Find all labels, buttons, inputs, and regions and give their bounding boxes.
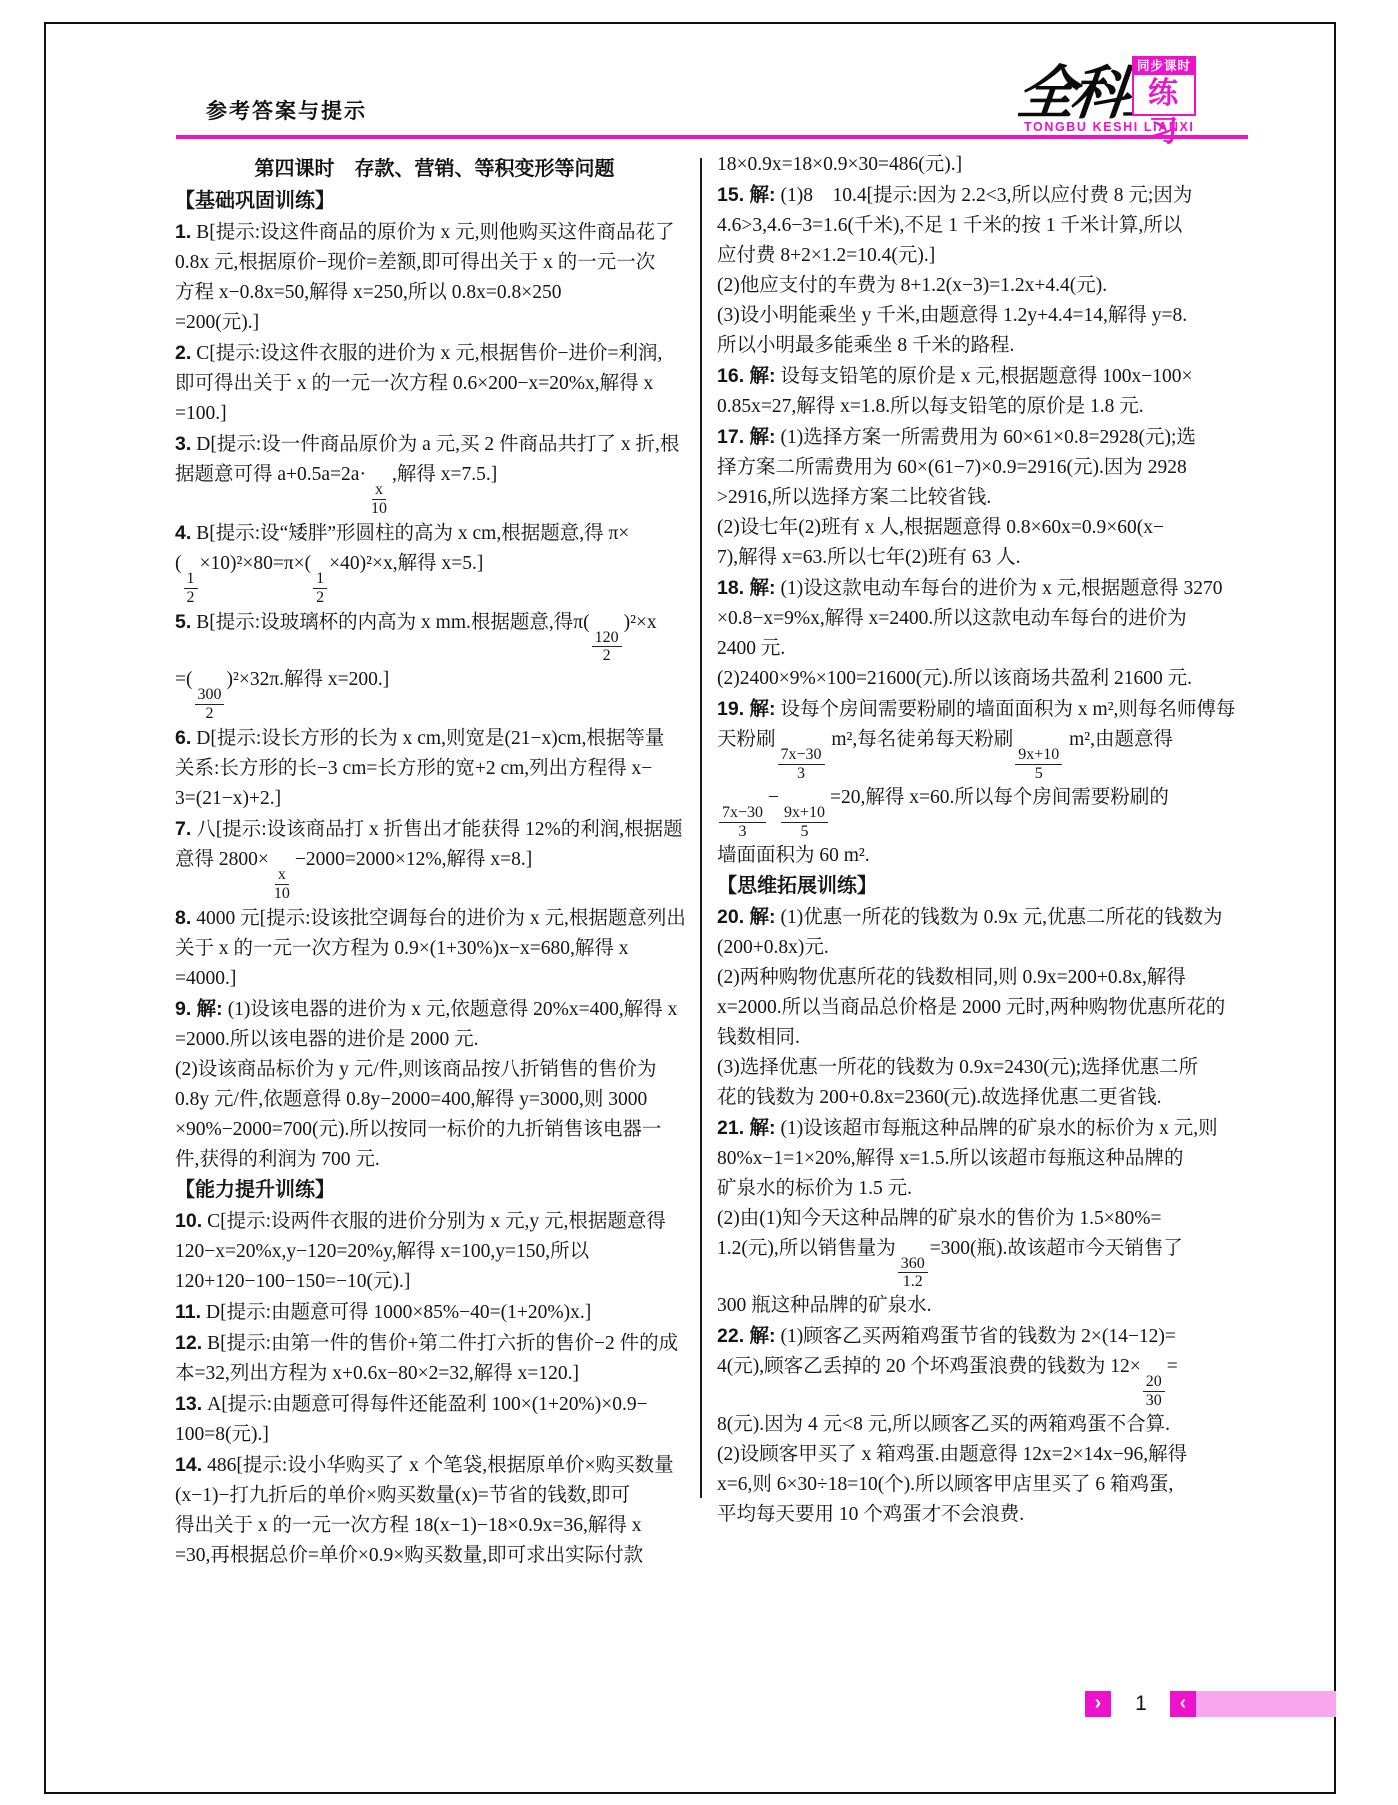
- text-line: 3=(21−x)+2.]: [175, 784, 695, 814]
- fraction: x10: [271, 866, 293, 903]
- text-line: 本=32,列出方程为 x+0.6x−80×2=32,解得 x=120.]: [175, 1359, 695, 1389]
- text-line: ×0.8−x=9%x,解得 x=2400.所以这款电动车每台的进价为: [717, 604, 1249, 634]
- text-line: 100=8(元).]: [175, 1420, 695, 1450]
- logo-tagline: TONGBU KESHI LIANXI: [1024, 120, 1194, 134]
- brand-logo: 全科王 同步课时 练习 TONGBU KESHI LIANXI: [1018, 52, 1254, 140]
- text-line: (2)设七年(2)班有 x 人,根据题意得 0.8×60x=0.9×60(x−: [717, 513, 1249, 543]
- fraction: 3002: [195, 686, 225, 723]
- text-line: 天粉刷7x−303 m²,每名徒弟每天粉刷9x+105 m²,由题意得: [717, 725, 1249, 783]
- text-line: 钱数相同.: [717, 1023, 1249, 1053]
- item-number: 14.: [175, 1454, 207, 1476]
- fraction: 12: [184, 570, 198, 607]
- text-line: (12×10)²×80=π×(12×40)²×x,解得 x=5.]: [175, 549, 695, 607]
- item-number: 1.: [175, 221, 196, 243]
- fraction: 1202: [592, 629, 622, 666]
- fraction: 9x+105: [1015, 746, 1062, 783]
- text-line: 120−x=20%x,y−120=20%y,解得 x=100,y=150,所以: [175, 1237, 695, 1267]
- logo-badge: 同步课时 练习: [1132, 56, 1196, 116]
- text-line: 80%x−1=1×20%,解得 x=1.5.所以该超市每瓶这种品牌的: [717, 1144, 1249, 1174]
- fraction: 7x−303: [719, 804, 766, 841]
- text-line: 12.B[提示:由第一件的售价+第二件打六折的售价−2 件的成: [175, 1328, 695, 1359]
- text-line: (2)设该商品标价为 y 元/件,则该商品按八折销售的售价为: [175, 1055, 695, 1085]
- text-line: 16. 解:设每支铅笔的原价是 x 元,根据题意得 100x−100×: [717, 361, 1249, 392]
- text-line: 7),解得 x=63.所以七年(2)班有 63 人.: [717, 543, 1249, 573]
- text-line: 4.6>3,4.6−3=1.6(千米),不足 1 千米的按 1 千米计算,所以: [717, 211, 1249, 241]
- text-line: x=2000.所以当商品总价格是 2000 元时,两种购物优惠所花的: [717, 993, 1249, 1023]
- text-line: 9. 解:(1)设该电器的进价为 x 元,依题意得 20%x=400,解得 x: [175, 994, 695, 1025]
- chevron-right-icon: ›: [1095, 1692, 1102, 1714]
- text-line: =4000.]: [175, 964, 695, 994]
- text-line: 19. 解:设每个房间需要粉刷的墙面面积为 x m²,则每名师傅每: [717, 694, 1249, 725]
- text-line: 13.A[提示:由题意可得每件还能盈利 100×(1+20%)×0.9−: [175, 1389, 695, 1420]
- text-line: (2)设顾客甲买了 x 箱鸡蛋.由题意得 12x=2×14x−96,解得: [717, 1440, 1249, 1470]
- text-line: 8.4000 元[提示:设该批空调每台的进价为 x 元,根据题意列出: [175, 903, 695, 934]
- text-line: 1.2(元),所以销售量为3601.2=300(瓶).故该超市今天销售了: [717, 1234, 1249, 1292]
- logo-badge-top-label: 同步课时: [1134, 58, 1194, 75]
- page-number: 1: [1118, 1691, 1164, 1717]
- item-number: 15. 解:: [717, 184, 781, 206]
- text-line: 择方案二所需费用为 60×(61−7)×0.9=2916(元).因为 2928: [717, 453, 1249, 483]
- text-line: 10.C[提示:设两件衣服的进价分别为 x 元,y 元,根据题意得: [175, 1206, 695, 1237]
- chevron-left-icon: ‹: [1180, 1692, 1187, 1714]
- text-line: =2000.所以该电器的进价是 2000 元.: [175, 1025, 695, 1055]
- item-number: 5.: [175, 611, 196, 633]
- item-number: 22. 解:: [717, 1325, 781, 1347]
- text-line: =(3002)²×32π.解得 x=200.]: [175, 665, 695, 723]
- text-line: (2)2400×9%×100=21600(元).所以该商场共盈利 21600 元…: [717, 664, 1249, 694]
- item-number: 16. 解:: [717, 365, 781, 387]
- text-line: 关于 x 的一元一次方程为 0.9×(1+30%)x−x=680,解得 x: [175, 934, 695, 964]
- text-line: 18×0.9x=18×0.9×30=486(元).]: [717, 150, 1249, 180]
- fraction: 3601.2: [898, 1255, 928, 1292]
- item-number: 20. 解:: [717, 906, 781, 928]
- item-number: 11.: [175, 1301, 206, 1323]
- item-number: 8.: [175, 907, 196, 929]
- text-line: (2)由(1)知今天这种品牌的矿泉水的售价为 1.5×80%=: [717, 1204, 1249, 1234]
- text-line: 【思维拓展训练】: [717, 871, 1249, 902]
- fraction: 9x+105: [781, 804, 828, 841]
- text-line: 【能力提升训练】: [175, 1175, 695, 1206]
- item-number: 19. 解:: [717, 698, 781, 720]
- item-number: 7.: [175, 818, 196, 840]
- text-line: 1.B[提示:设这件商品的原价为 x 元,则他购买这件商品花了: [175, 217, 695, 248]
- text-line: 4.B[提示:设“矮胖”形圆柱的高为 x cm,根据题意,得 π×: [175, 518, 695, 549]
- page-title: 参考答案与提示: [206, 95, 367, 125]
- item-number: 6.: [175, 727, 196, 749]
- text-line: 意得 2800×x10−2000=2000×12%,解得 x=8.]: [175, 845, 695, 903]
- text-line: 120+120−100−150=−10(元).]: [175, 1267, 695, 1297]
- text-line: 21. 解:(1)设该超市每瓶这种品牌的矿泉水的标价为 x 元,则: [717, 1113, 1249, 1144]
- text-line: 15. 解:(1)8 10.4[提示:因为 2.2<3,所以应付费 8 元;因为: [717, 180, 1249, 211]
- text-line: 应付费 8+2×1.2=10.4(元).]: [717, 241, 1249, 271]
- text-line: 17. 解:(1)选择方案一所需费用为 60×61×0.8=2928(元);选: [717, 422, 1249, 453]
- text-line: =30,再根据总价=单价×0.9×购买数量,即可求出实际付款: [175, 1541, 695, 1571]
- fraction: 12: [313, 570, 327, 607]
- header-magenta-rule: [176, 135, 1248, 139]
- text-line: (3)选择优惠一所花的钱数为 0.9x=2430(元);选择优惠二所: [717, 1053, 1249, 1083]
- text-line: 4(元),顾客乙丢掉的 20 个坏鸡蛋浪费的钱数为 12×2030=: [717, 1352, 1249, 1410]
- item-number: 3.: [175, 433, 196, 455]
- text-line: 7.八[提示:设该商品打 x 折售出才能获得 12%的利润,根据题: [175, 814, 695, 845]
- item-number: 21. 解:: [717, 1117, 781, 1139]
- text-line: (x−1)−打九折后的单价×购买数量(x)=节省的钱数,即可: [175, 1481, 695, 1511]
- text-line: 7x−303−9x+105=20,解得 x=60.所以每个房间需要粉刷的: [717, 783, 1249, 841]
- text-line: ×90%−2000=700(元).所以按同一标价的九折销售该电器一: [175, 1115, 695, 1145]
- text-line: 所以小明最多能乘坐 8 千米的路程.: [717, 331, 1249, 361]
- text-line: 方程 x−0.8x=50,解得 x=250,所以 0.8x=0.8×250: [175, 278, 695, 308]
- text-line: >2916,所以选择方案二比较省钱.: [717, 483, 1249, 513]
- logo-badge-bottom-label: 练习: [1134, 75, 1194, 151]
- text-line: 0.8y 元/件,依题意得 0.8y−2000=400,解得 y=3000,则 …: [175, 1085, 695, 1115]
- text-line: x=6,则 6×30÷18=10(个).所以顾客甲店里买了 6 箱鸡蛋,: [717, 1470, 1249, 1500]
- text-line: 20. 解:(1)优惠一所花的钱数为 0.9x 元,优惠二所花的钱数为: [717, 902, 1249, 933]
- text-line: 得出关于 x 的一元一次方程 18(x−1)−18×0.9x=36,解得 x: [175, 1511, 695, 1541]
- right-column: 18×0.9x=18×0.9×30=486(元).]15. 解:(1)8 10.…: [717, 150, 1249, 1530]
- text-line: 花的钱数为 200+0.8x=2360(元).故选择优惠二更省钱.: [717, 1083, 1249, 1113]
- text-line: (2)两种购物优惠所花的钱数相同,则 0.9x=200+0.8x,解得: [717, 963, 1249, 993]
- text-line: 3.D[提示:设一件商品原价为 a 元,买 2 件商品共打了 x 折,根: [175, 429, 695, 460]
- text-line: 0.85x=27,解得 x=1.8.所以每支铅笔的原价是 1.8 元.: [717, 392, 1249, 422]
- text-line: 14.486[提示:设小华购买了 x 个笔袋,根据原单价×购买数量: [175, 1450, 695, 1481]
- prev-page-bar[interactable]: [1196, 1691, 1336, 1717]
- text-line: 300 瓶这种品牌的矿泉水.: [717, 1291, 1249, 1321]
- text-line: 2.C[提示:设这件衣服的进价为 x 元,根据售价−进价=利润,: [175, 338, 695, 369]
- text-line: 【基础巩固训练】: [175, 186, 695, 217]
- text-line: 18. 解:(1)设这款电动车每台的进价为 x 元,根据题意得 3270: [717, 573, 1249, 604]
- text-line: 矿泉水的标价为 1.5 元.: [717, 1174, 1249, 1204]
- text-line: (3)设小明能乘坐 y 千米,由题意得 1.2y+4.4=14,解得 y=8.: [717, 301, 1249, 331]
- text-line: 件,获得的利润为 700 元.: [175, 1145, 695, 1175]
- fraction: x10: [368, 481, 390, 518]
- text-line: 11.D[提示:由题意可得 1000×85%−40=(1+20%)x.]: [175, 1297, 695, 1328]
- text-line: 墙面面积为 60 m².: [717, 841, 1249, 871]
- column-divider: [700, 158, 702, 1498]
- text-line: =200(元).]: [175, 308, 695, 338]
- text-line: 5.B[提示:设玻璃杯的内高为 x mm.根据题意,得π(1202)²×x: [175, 607, 695, 666]
- text-line: 关系:长方形的长−3 cm=长方形的宽+2 cm,列出方程得 x−: [175, 754, 695, 784]
- left-column: 【基础巩固训练】1.B[提示:设这件商品的原价为 x 元,则他购买这件商品花了0…: [175, 186, 695, 1571]
- item-number: 13.: [175, 1393, 207, 1415]
- next-page-button[interactable]: ›: [1085, 1691, 1111, 1717]
- item-number: 12.: [175, 1332, 207, 1354]
- text-line: =100.]: [175, 399, 695, 429]
- text-line: 即可得出关于 x 的一元一次方程 0.6×200−x=20%x,解得 x: [175, 369, 695, 399]
- item-number: 18. 解:: [717, 577, 781, 599]
- lesson-title: 第四课时 存款、营销、等积变形等问题: [175, 152, 694, 181]
- text-line: 8(元).因为 4 元<8 元,所以顾客乙买的两箱鸡蛋不合算.: [717, 1410, 1249, 1440]
- text-line: 0.8x 元,根据原价−现价=差额,即可得出关于 x 的一元一次: [175, 248, 695, 278]
- fraction: 7x−303: [778, 746, 825, 783]
- text-line: 6.D[提示:设长方形的长为 x cm,则宽是(21−x)cm,根据等量: [175, 723, 695, 754]
- item-number: 4.: [175, 522, 196, 544]
- text-line: (2)他应支付的车费为 8+1.2(x−3)=1.2x+4.4(元).: [717, 271, 1249, 301]
- fraction: 2030: [1143, 1373, 1165, 1410]
- item-number: 17. 解:: [717, 426, 781, 448]
- prev-page-button[interactable]: ‹: [1170, 1691, 1196, 1717]
- text-line: 平均每天要用 10 个鸡蛋才不会浪费.: [717, 1500, 1249, 1530]
- text-line: 22. 解:(1)顾客乙买两箱鸡蛋节省的钱数为 2×(14−12)=: [717, 1321, 1249, 1352]
- text-line: 据题意可得 a+0.5a=2a·x10,解得 x=7.5.]: [175, 460, 695, 518]
- item-number: 2.: [175, 342, 196, 364]
- item-number: 10.: [175, 1210, 207, 1232]
- item-number: 9. 解:: [175, 998, 228, 1020]
- text-line: 2400 元.: [717, 634, 1249, 664]
- text-line: (200+0.8x)元.: [717, 933, 1249, 963]
